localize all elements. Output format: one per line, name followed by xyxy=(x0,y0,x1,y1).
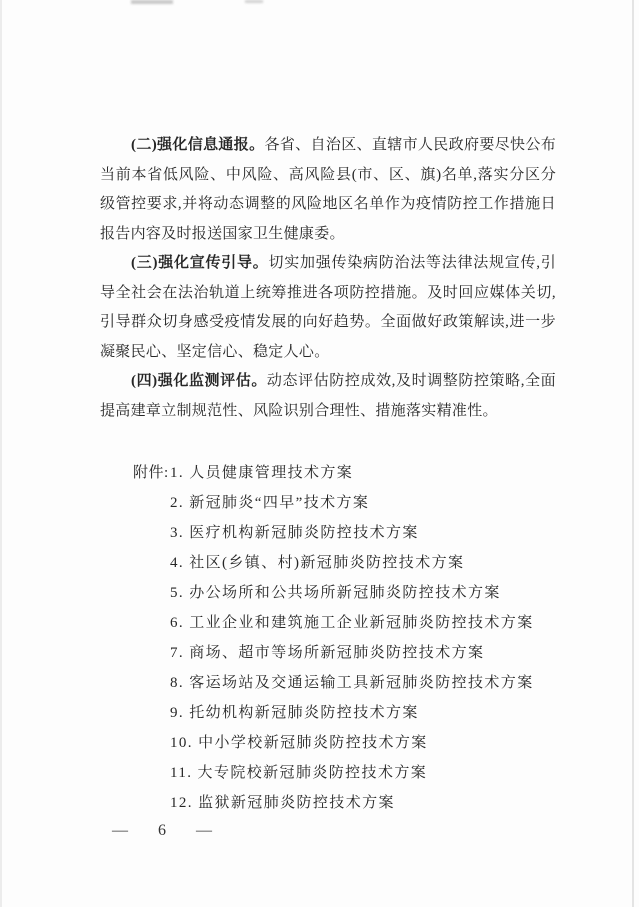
attachment-item: 5. 办公场所和公共场所新冠肺炎防控技术方案 xyxy=(170,578,556,608)
document-body: (二)强化信息通报。各省、自治区、直辖市人民政府要尽快公布当前本省低风险、中风险… xyxy=(100,131,556,818)
paragraph-3-heading: (三)强化宣传引导。 xyxy=(131,255,268,271)
attachment-item: 1. 人员健康管理技术方案 xyxy=(170,458,556,488)
paragraph-4: (四)强化监测评估。动态评估防控成效,及时调整防控策略,全面提高建章立制规范性、… xyxy=(100,367,556,426)
page-number: — 6 — xyxy=(112,822,218,840)
attachment-item: 2. 新冠肺炎“四早”技术方案 xyxy=(170,488,556,518)
attachment-item: 6. 工业企业和建筑施工企业新冠肺炎防控技术方案 xyxy=(170,608,556,638)
paragraph-2: (二)强化信息通报。各省、自治区、直辖市人民政府要尽快公布当前本省低风险、中风险… xyxy=(100,131,556,249)
document-page: (二)强化信息通报。各省、自治区、直辖市人民政府要尽快公布当前本省低风险、中风险… xyxy=(0,0,639,907)
attachment-item: 7. 商场、超市等场所新冠肺炎防控技术方案 xyxy=(170,638,556,668)
attachment-item: 10. 中小学校新冠肺炎防控技术方案 xyxy=(170,728,556,758)
attachment-item: 12. 监狱新冠肺炎防控技术方案 xyxy=(170,788,556,818)
scan-edge-line xyxy=(632,0,634,907)
attachment-item: 4. 社区(乡镇、村)新冠肺炎防控技术方案 xyxy=(170,548,556,578)
scan-edge-line xyxy=(0,0,2,907)
attachment-item: 8. 客运场站及交通运输工具新冠肺炎防控技术方案 xyxy=(170,668,556,698)
scan-artifact xyxy=(131,0,173,4)
paragraph-2-heading: (二)强化信息通报。 xyxy=(131,137,264,153)
attachment-item: 11. 大专院校新冠肺炎防控技术方案 xyxy=(170,758,556,788)
paragraph-4-heading: (四)强化监测评估。 xyxy=(131,373,267,389)
attachments-label: 附件: xyxy=(133,458,169,488)
scan-artifact xyxy=(245,0,263,3)
paragraph-3: (三)强化宣传引导。切实加强传染病防治法等法律法规宣传,引导全社会在法治轨道上统… xyxy=(100,249,556,367)
attachments-list: 附件: 1. 人员健康管理技术方案 2. 新冠肺炎“四早”技术方案 3. 医疗机… xyxy=(100,458,556,818)
attachment-item: 9. 托幼机构新冠肺炎防控技术方案 xyxy=(170,698,556,728)
attachment-item: 3. 医疗机构新冠肺炎防控技术方案 xyxy=(170,518,556,548)
